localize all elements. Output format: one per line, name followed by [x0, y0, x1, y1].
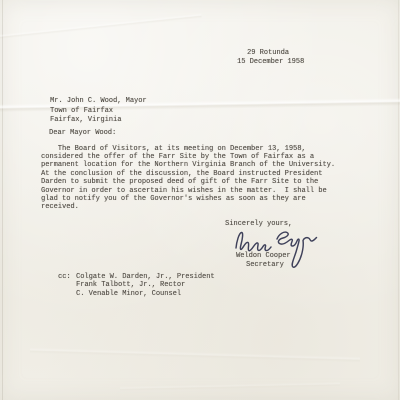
paper-left-edge: [2, 0, 3, 400]
signature-typed-name: Weldon Cooper: [236, 252, 291, 260]
salutation: Dear Mayor Wood:: [49, 129, 116, 137]
paper-crease: [0, 13, 202, 40]
recipient-line: Town of Fairfax: [50, 107, 147, 117]
recipient-address: Mr. John C. Wood, Mayor Town of Fairfax …: [50, 97, 147, 126]
cc-recipient: C. Venable Minor, Counsel: [76, 290, 215, 298]
letter-document: 29 Rotunda 15 December 1958 Mr. John C. …: [0, 0, 400, 400]
body-line: Darden to submit the proposed deed of gi…: [41, 178, 335, 186]
recipient-line: Mr. John C. Wood, Mayor: [50, 97, 147, 107]
body-line: At the conclusion of the discussion, the…: [41, 170, 335, 178]
body-line: The Board of Visitors, at its meeting on…: [41, 145, 335, 153]
body-line: permanent location for the Northern Virg…: [41, 161, 335, 169]
letter-body: The Board of Visitors, at its meeting on…: [41, 145, 335, 212]
body-line: Governor in order to ascertain his wishe…: [41, 187, 335, 195]
body-line: glad to notify you of the Governor's wis…: [41, 195, 335, 203]
paper-right-edge: [398, 0, 399, 400]
cc-list: Colgate W. Darden, Jr., President Frank …: [76, 273, 215, 298]
sender-address-line: 29 Rotunda: [247, 49, 304, 59]
body-line: received.: [41, 203, 335, 211]
letter-date: 15 December 1958: [237, 58, 304, 68]
paper-crease: [120, 382, 340, 392]
recipient-line: Fairfax, Virginia: [50, 116, 147, 126]
cc-recipient: Frank Talbott, Jr., Rector: [76, 281, 215, 289]
cc-label: cc:: [58, 273, 71, 281]
signature-stroke-first-name: [236, 232, 271, 250]
signature-title: Secretary: [246, 261, 284, 269]
date-block: 29 Rotunda 15 December 1958: [237, 49, 304, 69]
paper-crease: [30, 347, 360, 362]
